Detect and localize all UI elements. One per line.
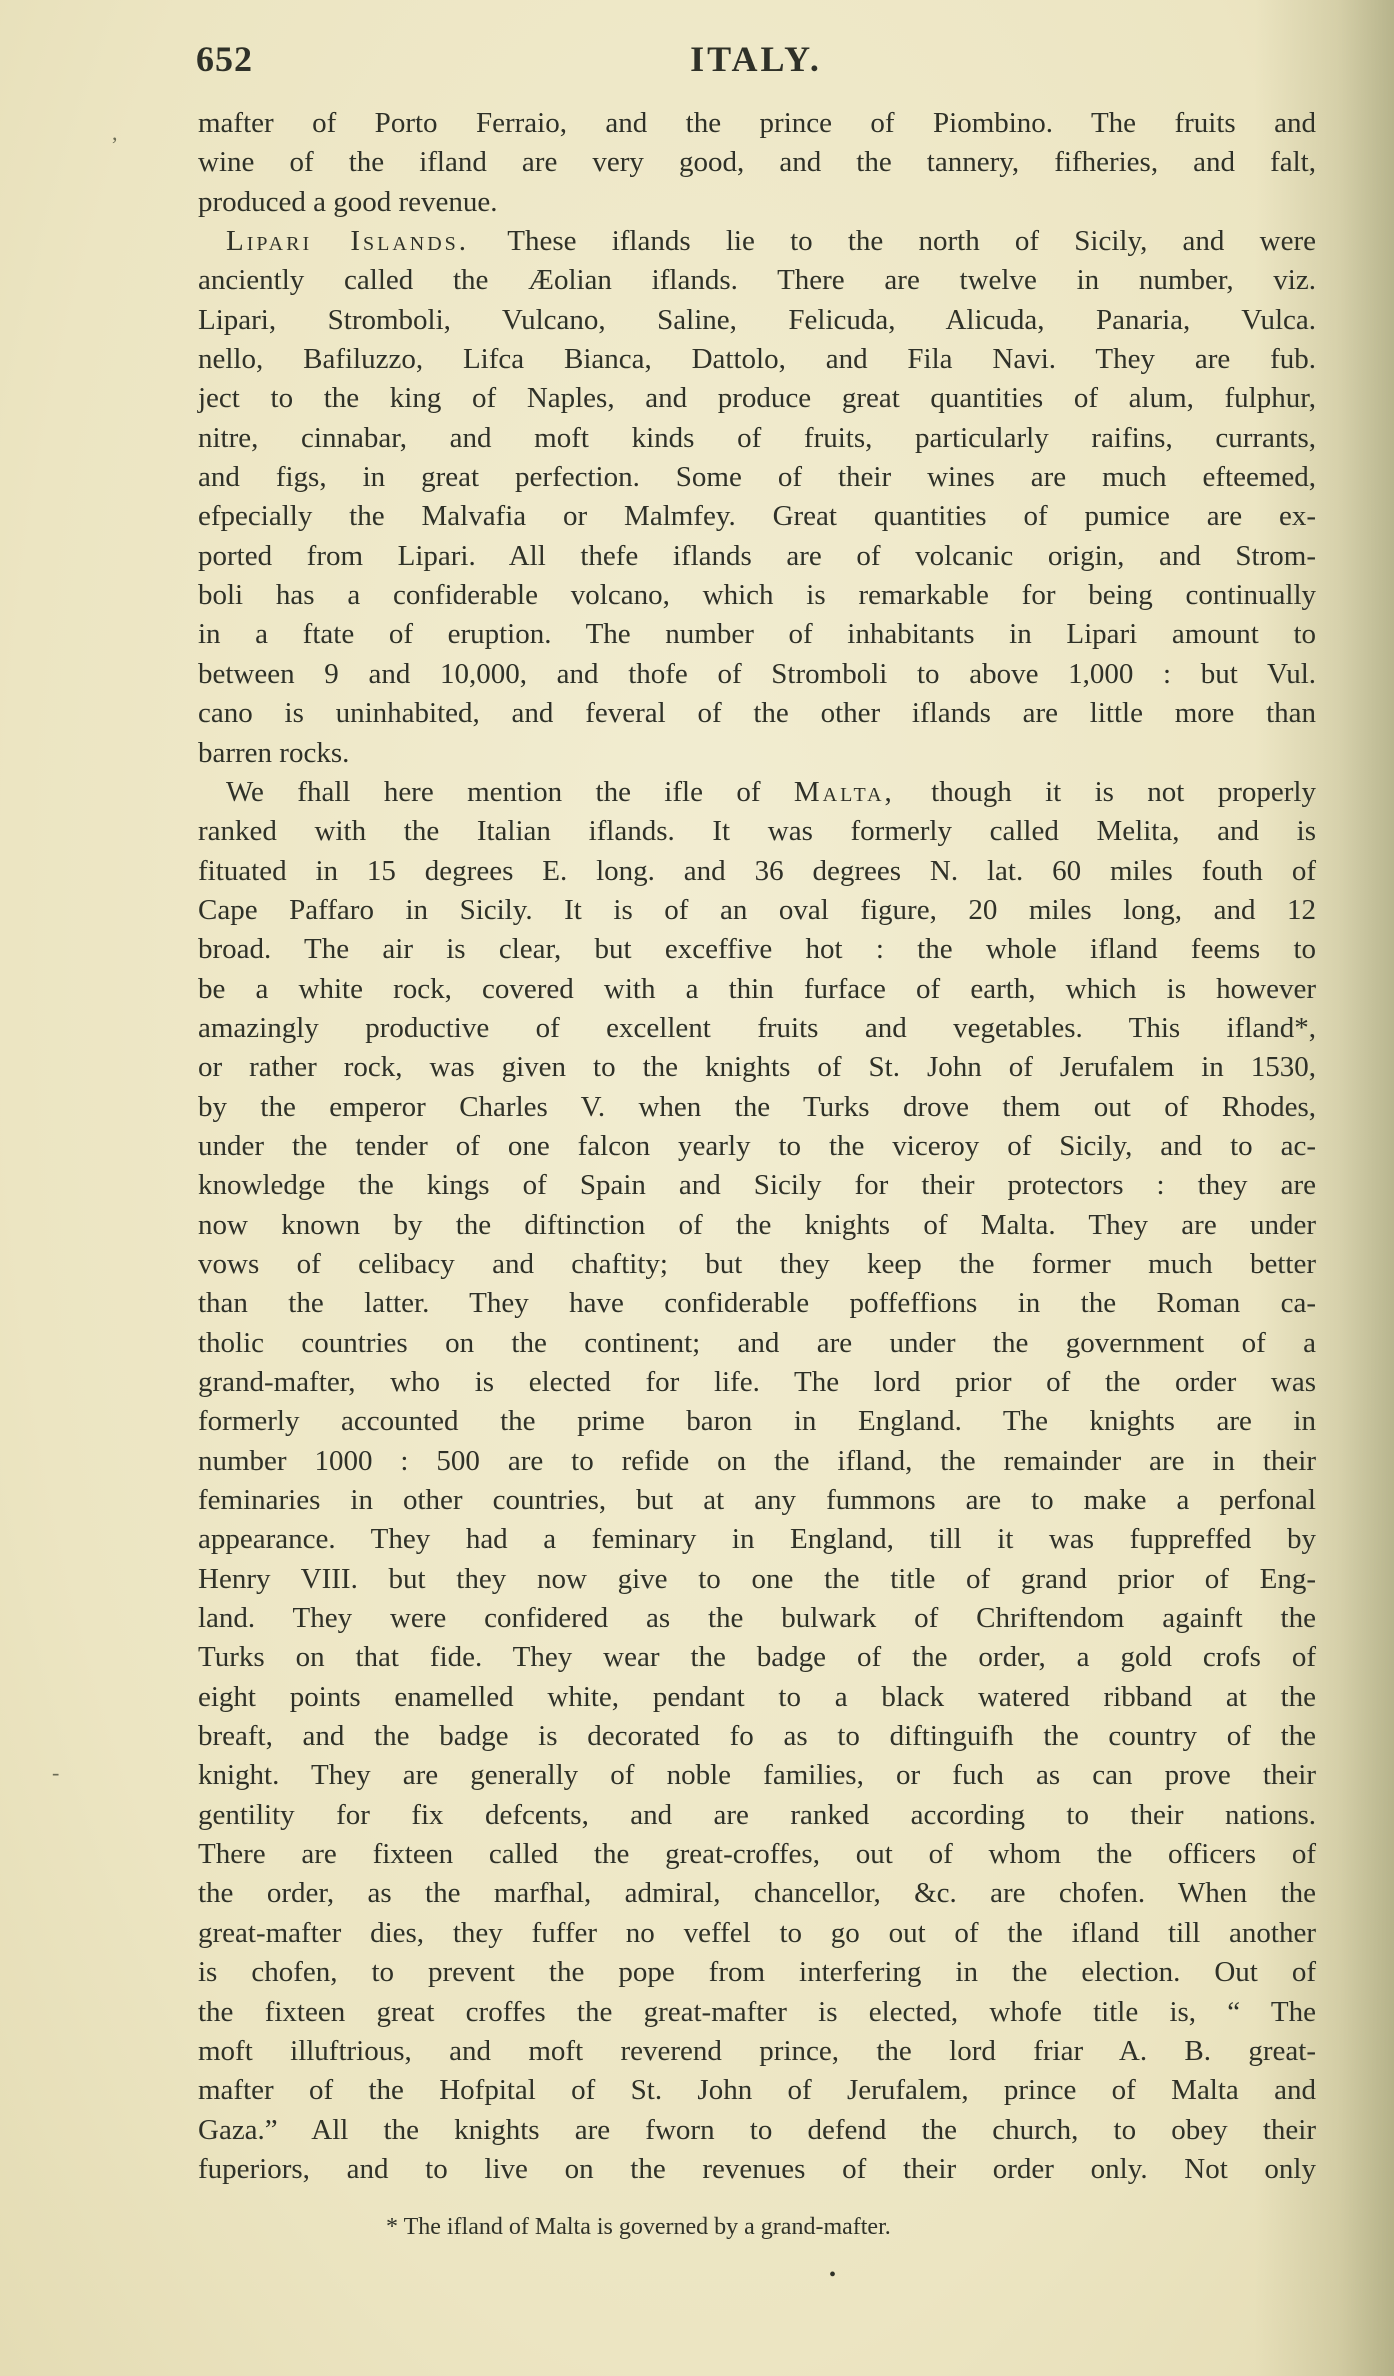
text-line: number 1000 : 500 are to refide on the i… — [198, 1442, 1316, 1481]
line-text: and figs, in great perfection. Some of t… — [198, 461, 1316, 493]
text-line: the fixteen great croffes the great-maft… — [198, 1993, 1316, 2032]
line-text: great-mafter dies, they fuffer no veffel… — [198, 1917, 1316, 1949]
text-line: is chofen, to prevent the pope from inte… — [198, 1953, 1316, 1992]
line-text: grand-mafter, who is elected for life. T… — [198, 1366, 1316, 1398]
text-line: by the emperor Charles V. when the Turks… — [198, 1088, 1316, 1127]
text-line: moft illuftrious, and moft reverend prin… — [198, 2032, 1316, 2071]
line-text: vows of celibacy and chaftity; but they … — [198, 1248, 1316, 1280]
text-line: Lipari Islands. These iflands lie to the… — [198, 222, 1316, 261]
text-line: Lipari, Stromboli, Vulcano, Saline, Feli… — [198, 301, 1316, 340]
text-line: broad. The air is clear, but exceffive h… — [198, 930, 1316, 969]
text-line: wine of the ifland are very good, and th… — [198, 143, 1316, 182]
body-text: mafter of Porto Ferraio, and the prince … — [198, 104, 1316, 2189]
text-line: great-mafter dies, they fuffer no veffel… — [198, 1914, 1316, 1953]
text-line: tholic countries on the continent; and a… — [198, 1324, 1316, 1363]
line-text: number 1000 : 500 are to refide on the i… — [198, 1445, 1316, 1477]
text-line: Turks on that fide. They wear the badge … — [198, 1638, 1316, 1677]
text-line: ported from Lipari. All thefe iflands ar… — [198, 537, 1316, 576]
line-text: boli has a confiderable volcano, which i… — [198, 579, 1316, 611]
margin-speck: - — [52, 1760, 59, 1786]
line-text: by the emperor Charles V. when the Turks… — [198, 1091, 1316, 1123]
text-line: knight. They are generally of noble fami… — [198, 1756, 1316, 1795]
line-text: feminaries in other countries, but at an… — [198, 1484, 1316, 1516]
text-line: feminaries in other countries, but at an… — [198, 1481, 1316, 1520]
line-text: We fhall here mention the ifle of — [226, 776, 794, 808]
line-text: or rather rock, was given to the knights… — [198, 1051, 1316, 1083]
line-text: amazingly productive of excellent fruits… — [198, 1012, 1316, 1044]
text-line: between 9 and 10,000, and thofe of Strom… — [198, 655, 1316, 694]
line-text: moft illuftrious, and moft reverend prin… — [198, 2035, 1316, 2067]
text-line: than the latter. They have confiderable … — [198, 1284, 1316, 1323]
line-text: Turks on that fide. They wear the badge … — [198, 1641, 1316, 1673]
footnote-marker: * — [386, 2214, 398, 2240]
text-line: now known by the diftinction of the knig… — [198, 1206, 1316, 1245]
line-text: cano is uninhabited, and feveral of the … — [198, 697, 1316, 729]
text-line: Gaza.” All the knights are fworn to defe… — [198, 2111, 1316, 2150]
line-text: ranked with the Italian iflands. It was … — [198, 815, 1316, 847]
text-line: anciently called the Æolian iflands. The… — [198, 261, 1316, 300]
text-line: There are fixteen called the great-croff… — [198, 1835, 1316, 1874]
line-text: appearance. They had a feminary in Engla… — [198, 1523, 1316, 1555]
text-line: grand-mafter, who is elected for life. T… — [198, 1363, 1316, 1402]
line-text: tholic countries on the continent; and a… — [198, 1327, 1316, 1359]
line-text: mafter of Porto Ferraio, and the prince … — [198, 107, 1316, 139]
running-title: ITALY. — [196, 38, 1316, 80]
text-line: ject to the king of Naples, and produce … — [198, 379, 1316, 418]
line-text: gentility for fix defcents, and are rank… — [198, 1799, 1316, 1831]
line-text: broad. The air is clear, but exceffive h… — [198, 933, 1316, 965]
line-text: There are fixteen called the great-croff… — [198, 1838, 1316, 1870]
text-line: nello, Bafiluzzo, Lifca Bianca, Dattolo,… — [198, 340, 1316, 379]
line-text: the order, as the marfhal, admiral, chan… — [198, 1877, 1316, 1909]
line-text: nello, Bafiluzzo, Lifca Bianca, Dattolo,… — [198, 343, 1316, 375]
line-text: efpecially the Malvafia or Malmfey. Grea… — [198, 500, 1316, 532]
text-line: Henry VIII. but they now give to one the… — [198, 1560, 1316, 1599]
line-text: land. They were confidered as the bulwar… — [198, 1602, 1316, 1634]
line-text: eight points enamelled white, pendant to… — [198, 1681, 1316, 1713]
text-line: vows of celibacy and chaftity; but they … — [198, 1245, 1316, 1284]
text-line: in a ftate of eruption. The number of in… — [198, 615, 1316, 654]
text-line: the order, as the marfhal, admiral, chan… — [198, 1874, 1316, 1913]
text-line: knowledge the kings of Spain and Sicily … — [198, 1166, 1316, 1205]
line-text: knowledge the kings of Spain and Sicily … — [198, 1169, 1316, 1201]
line-text: formerly accounted the prime baron in En… — [198, 1405, 1316, 1437]
margin-speck: , — [112, 120, 118, 146]
line-text: Henry VIII. but they now give to one the… — [198, 1563, 1316, 1595]
text-line: produced a good revenue. — [198, 183, 1316, 222]
line-text: Lipari, Stromboli, Vulcano, Saline, Feli… — [198, 304, 1316, 336]
text-line: appearance. They had a feminary in Engla… — [198, 1520, 1316, 1559]
line-text: is chofen, to prevent the pope from inte… — [198, 1956, 1316, 1988]
line-text: be a white rock, covered with a thin fur… — [198, 973, 1316, 1005]
text-line: and figs, in great perfection. Some of t… — [198, 458, 1316, 497]
line-text: under the tender of one falcon yearly to… — [198, 1130, 1316, 1162]
line-text: between 9 and 10,000, and thofe of Strom… — [198, 658, 1316, 690]
line-text: now known by the diftinction of the knig… — [198, 1209, 1316, 1241]
footnote: * The ifland of Malta is governed by a g… — [386, 2214, 1186, 2241]
text-line: barren rocks. — [198, 734, 1316, 773]
text-line: ranked with the Italian iflands. It was … — [198, 812, 1316, 851]
text-line: gentility for fix defcents, and are rank… — [198, 1796, 1316, 1835]
text-line: cano is uninhabited, and feveral of the … — [198, 694, 1316, 733]
line-text: the fixteen great croffes the great-maft… — [198, 1996, 1316, 2028]
line-text: Gaza.” All the knights are fworn to defe… — [198, 2114, 1316, 2146]
place-name: Malta, — [794, 776, 931, 808]
section-heading: Lipari Islands. — [226, 225, 507, 257]
line-text: These iflands lie to the north of Sicily… — [507, 225, 1316, 257]
line-text: ported from Lipari. All thefe iflands ar… — [198, 540, 1316, 572]
line-text: nitre, cinnabar, and moft kinds of fruit… — [198, 422, 1316, 454]
line-text: ject to the king of Naples, and produce … — [198, 382, 1316, 414]
text-line: We fhall here mention the ifle of Malta,… — [198, 773, 1316, 812]
text-line: fituated in 15 degrees E. long. and 36 d… — [198, 852, 1316, 891]
line-text: barren rocks. — [198, 737, 349, 769]
line-text: breaft, and the badge is decorated fo as… — [198, 1720, 1316, 1752]
line-text: knight. They are generally of noble fami… — [198, 1759, 1316, 1791]
line-text: fituated in 15 degrees E. long. and 36 d… — [198, 855, 1316, 887]
text-line: nitre, cinnabar, and moft kinds of fruit… — [198, 419, 1316, 458]
footnote-text: The ifland of Malta is governed by a gra… — [404, 2214, 891, 2240]
line-text: wine of the ifland are very good, and th… — [198, 146, 1316, 178]
text-line: efpecially the Malvafia or Malmfey. Grea… — [198, 497, 1316, 536]
text-line: eight points enamelled white, pendant to… — [198, 1678, 1316, 1717]
text-line: formerly accounted the prime baron in En… — [198, 1402, 1316, 1441]
text-line: Cape Paffaro in Sicily. It is of an oval… — [198, 891, 1316, 930]
line-text: than the latter. They have confiderable … — [198, 1287, 1316, 1319]
line-text: anciently called the Æolian iflands. The… — [198, 264, 1316, 296]
text-line: under the tender of one falcon yearly to… — [198, 1127, 1316, 1166]
line-text: fuperiors, and to live on the revenues o… — [198, 2153, 1316, 2185]
text-line: amazingly productive of excellent fruits… — [198, 1009, 1316, 1048]
line-text: mafter of the Hofpital of St. John of Je… — [198, 2074, 1316, 2106]
text-line: mafter of Porto Ferraio, and the prince … — [198, 104, 1316, 143]
line-text: produced a good revenue. — [198, 186, 498, 218]
line-text: in a ftate of eruption. The number of in… — [198, 618, 1316, 650]
text-line: breaft, and the badge is decorated fo as… — [198, 1717, 1316, 1756]
running-head: 652 ITALY. — [196, 38, 1316, 88]
text-line: be a white rock, covered with a thin fur… — [198, 970, 1316, 1009]
text-line: boli has a confiderable volcano, which i… — [198, 576, 1316, 615]
text-line: or rather rock, was given to the knights… — [198, 1048, 1316, 1087]
text-line: mafter of the Hofpital of St. John of Je… — [198, 2071, 1316, 2110]
signature-mark: • — [829, 2264, 836, 2287]
text-line: fuperiors, and to live on the revenues o… — [198, 2150, 1316, 2189]
book-page: 652 ITALY. mafter of Porto Ferraio, and … — [0, 0, 1394, 2376]
line-text: though it is not properly — [931, 776, 1316, 808]
line-text: Cape Paffaro in Sicily. It is of an oval… — [198, 894, 1316, 926]
text-line: land. They were confidered as the bulwar… — [198, 1599, 1316, 1638]
